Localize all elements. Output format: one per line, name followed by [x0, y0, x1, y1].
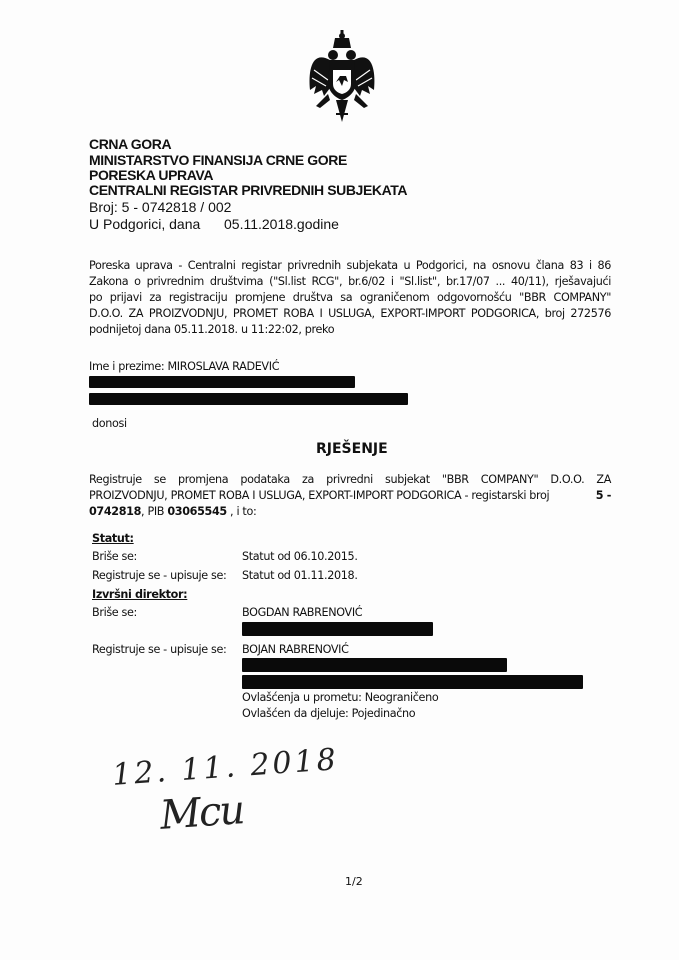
- document-date: 05.11.2018.godine: [224, 217, 339, 232]
- director-delete-label: Briše se:: [92, 605, 137, 621]
- statut-delete-label: Briše se:: [92, 549, 137, 565]
- intro-line-2: Zakona o privrednim društvima ("Sl.list …: [89, 274, 611, 290]
- statut-delete-value: Statut od 06.10.2015.: [242, 549, 358, 565]
- intro-line-4: D.O.O. ZA PROIZVODNJU, PROMET ROBA I USL…: [89, 306, 611, 322]
- decision-tail: , i to:: [227, 505, 257, 518]
- header-registry: CENTRALNI REGISTAR PRIVREDNIH SUBJEKATA: [89, 183, 407, 198]
- redaction-bar: [242, 658, 507, 672]
- header-administration: PORESKA UPRAVA: [89, 168, 213, 183]
- redaction-bar: [89, 393, 408, 405]
- intro-line-1: Poreska uprava - Centralni registar priv…: [89, 258, 611, 274]
- place-label: U Podgorici, dana: [89, 217, 200, 232]
- decision-line-2: PROIZVODNJU, PROMET ROBA I USLUGA, EXPOR…: [89, 488, 611, 504]
- decision-line-1: Registruje se promjena podataka za privr…: [89, 472, 611, 488]
- registration-number: 0742818: [89, 505, 141, 518]
- header-country: CRNA GORA: [89, 137, 171, 152]
- director-heading: Izvršni direktor:: [92, 587, 187, 603]
- handwritten-date: 12. 11. 2018: [111, 742, 340, 793]
- statut-register-label: Registruje se - upisuje se:: [92, 568, 226, 584]
- decision-line-2-text: PROIZVODNJU, PROMET ROBA I USLUGA, EXPOR…: [89, 488, 549, 504]
- director-register-label: Registruje se - upisuje se:: [92, 642, 226, 658]
- decision-line-3: 0742818, PIB 03065545 , i to:: [89, 504, 256, 520]
- intro-line-5: podnijetoj dana 05.11.2018. u 11:22:02, …: [89, 322, 334, 338]
- redaction-bar: [242, 622, 433, 636]
- donosi-label: donosi: [92, 416, 127, 432]
- decision-title: RJEŠENJE: [316, 441, 388, 457]
- redaction-bar: [242, 675, 583, 689]
- intro-line-3: po prijavi za registraciju promjene druš…: [89, 290, 611, 306]
- coat-of-arms-icon: [302, 30, 382, 130]
- decision-line-2-bold: 5 -: [596, 488, 611, 504]
- director-register-value: BOJAN RABRENOVIĆ: [242, 642, 349, 658]
- document-page: CRNA GORA MINISTARSTVO FINANSIJA CRNE GO…: [0, 0, 679, 960]
- document-number: Broj: 5 - 0742818 / 002: [89, 200, 231, 215]
- page-number: 1/2: [345, 875, 363, 888]
- authority-act: Ovlašćen da djeluje: Pojedinačno: [242, 706, 415, 722]
- pib-label: , PIB: [141, 505, 164, 518]
- authority-traffic: Ovlašćenja u prometu: Neograničeno: [242, 690, 438, 706]
- handwritten-signature: Mcu: [158, 787, 244, 839]
- statut-register-value: Statut od 01.11.2018.: [242, 568, 358, 584]
- redaction-bar: [89, 376, 355, 388]
- statut-heading: Statut:: [92, 531, 134, 547]
- applicant-name: Ime i prezime: MIROSLAVA RADEVIĆ: [89, 359, 279, 375]
- pib-number: 03065545: [167, 505, 226, 518]
- director-delete-value: BOGDAN RABRENOVIĆ: [242, 605, 362, 621]
- header-ministry: MINISTARSTVO FINANSIJA CRNE GORE: [89, 153, 347, 168]
